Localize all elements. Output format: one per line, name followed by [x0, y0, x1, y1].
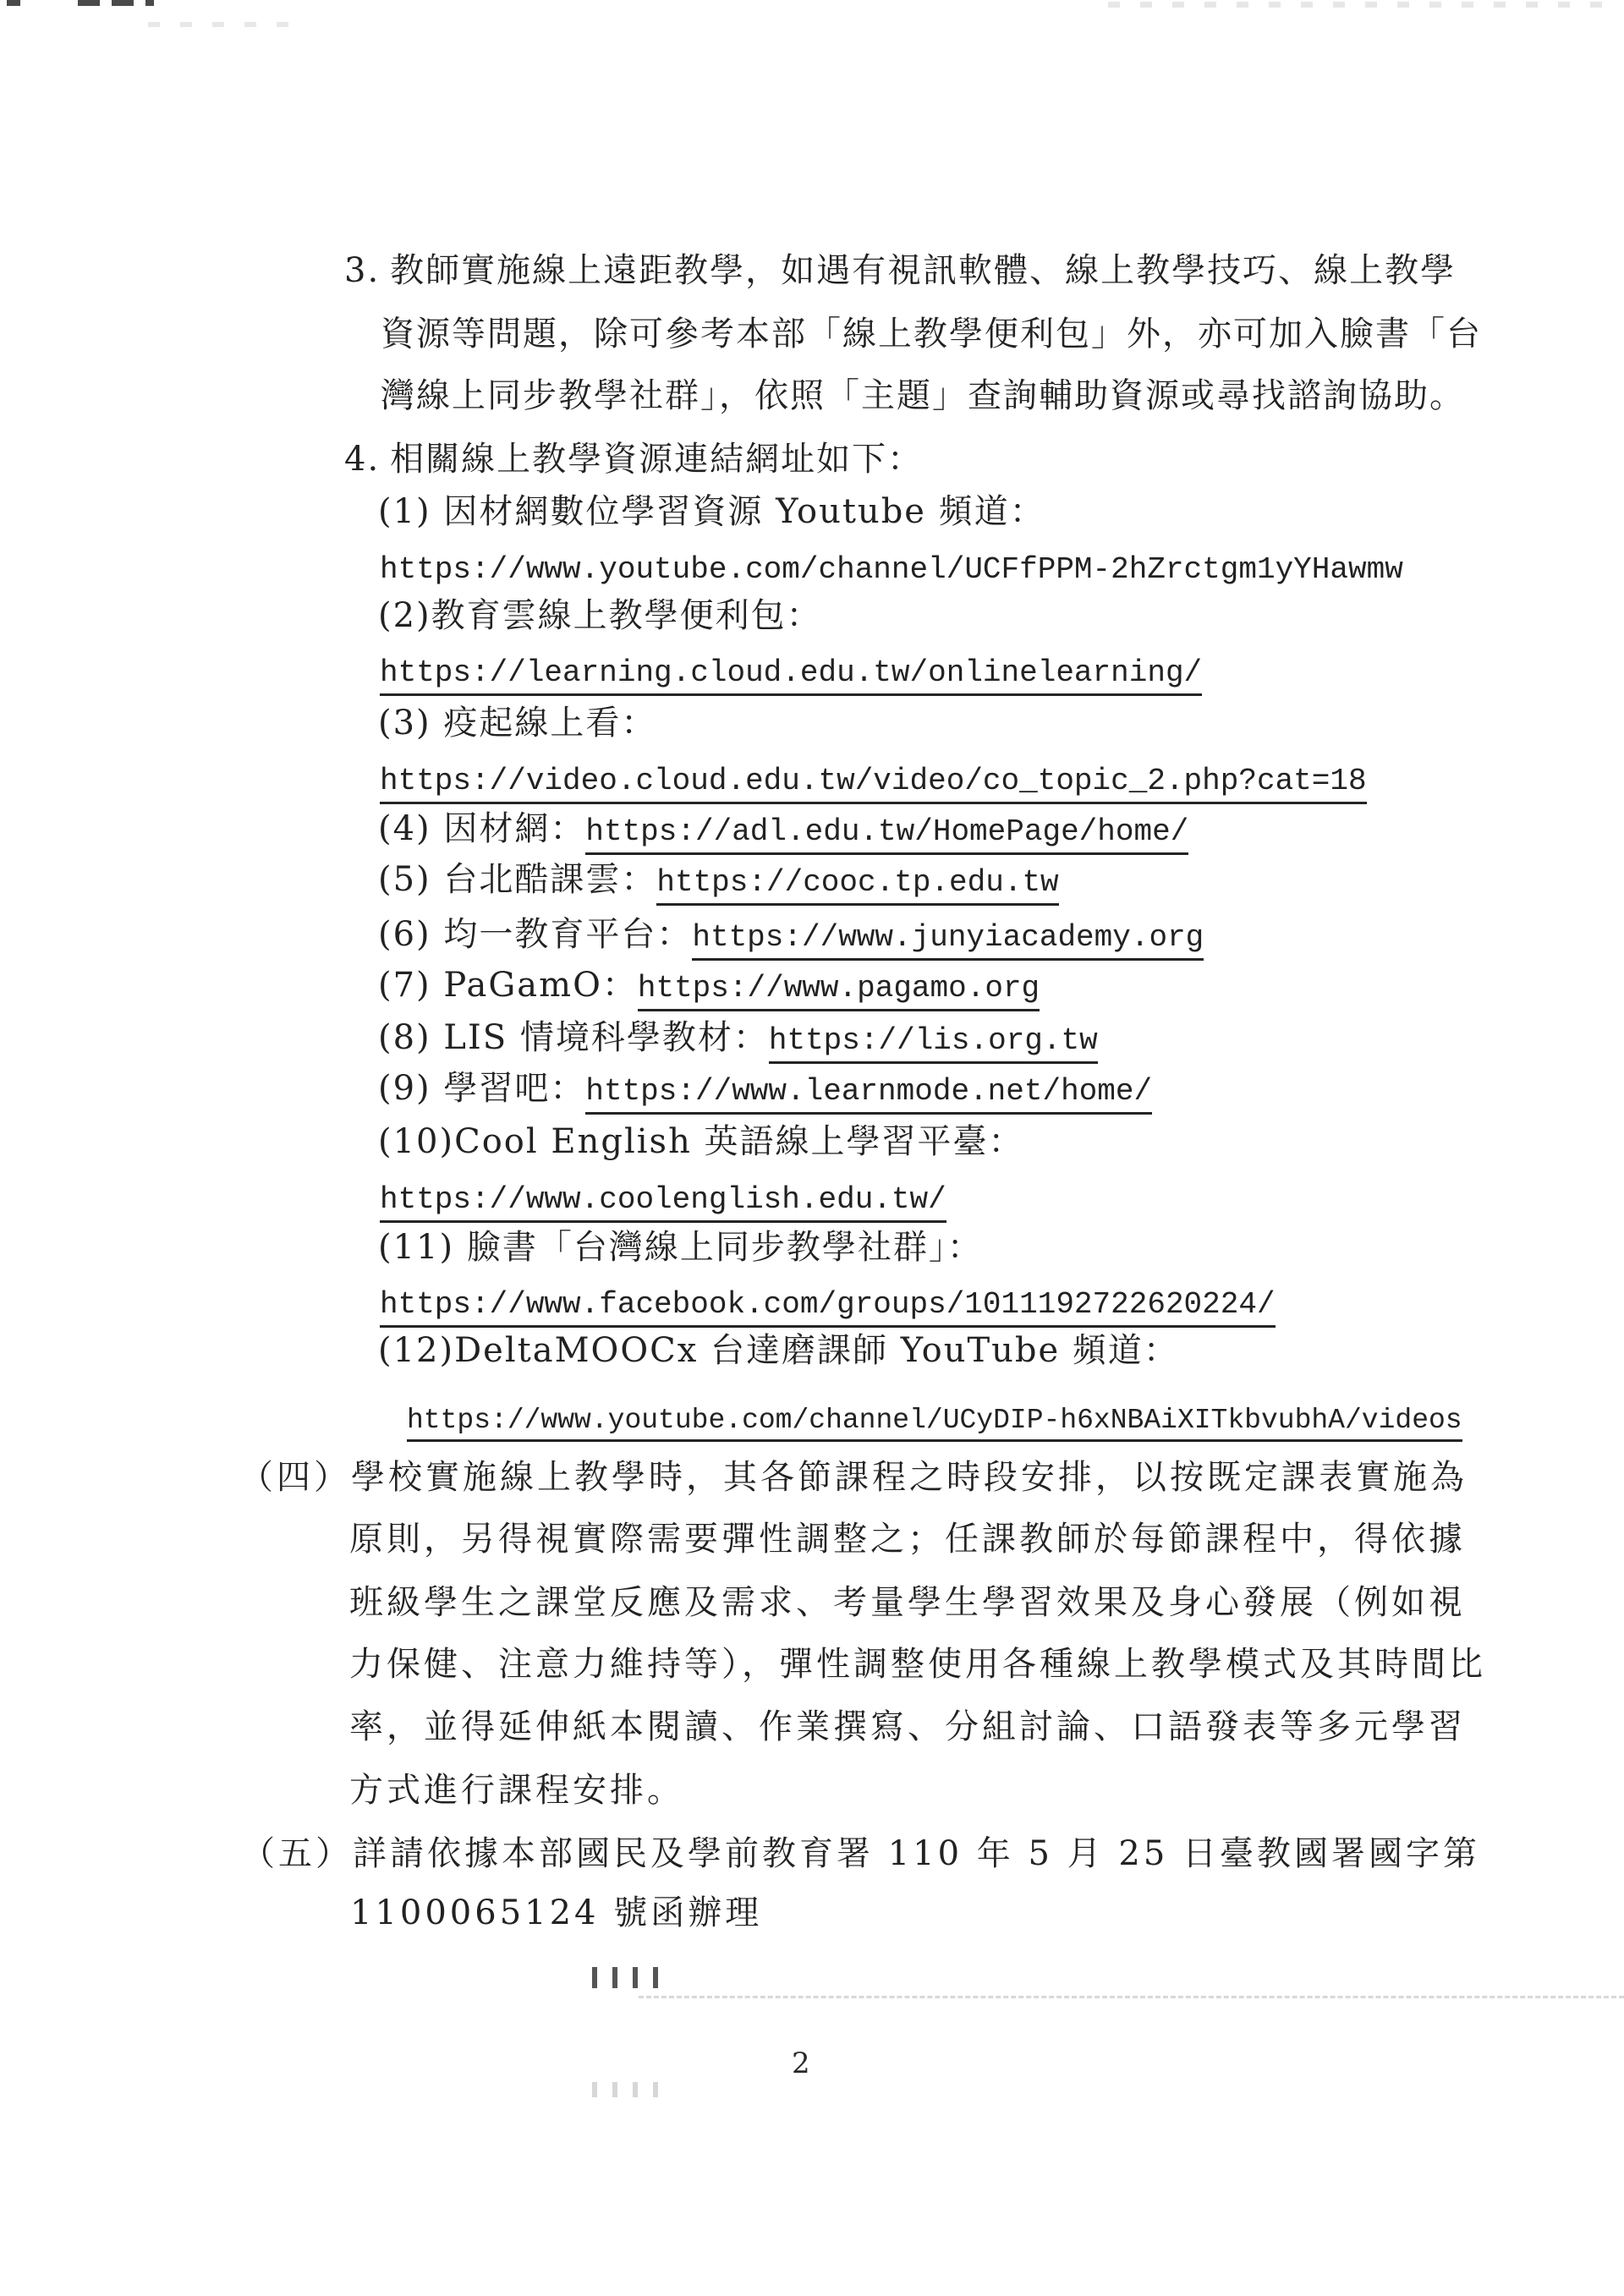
- paragraph-3-line-1: 3.教師實施線上遠距教學，如遇有視訊軟體、線上教學技巧、線上教學: [344, 248, 1456, 293]
- resource-item-3-label: (3) 疫起線上看：: [378, 700, 656, 746]
- resource-item-6: (6) 均一教育平台：https://www.junyiacademy.org: [378, 912, 1204, 961]
- section-3-marker: 3.: [344, 251, 380, 290]
- section-four-line-3: 班級學生之課堂反應及需求、考量學生學習效果及身心發展（例如視: [349, 1580, 1466, 1625]
- scan-artifact: [592, 1967, 597, 1988]
- scan-artifact: [633, 1967, 638, 1988]
- resource-item-7: (7) PaGamO：https://www.pagamo.org: [378, 962, 1040, 1011]
- url-text: https://www.youtube.com/channel/UCFfPPM-…: [380, 552, 1403, 587]
- scan-artifact: [612, 1967, 617, 1988]
- section-4-marker: 4.: [344, 440, 380, 479]
- scan-artifact: [633, 2082, 638, 2097]
- resource-item-10-url: https://www.coolenglish.edu.tw/: [380, 1176, 946, 1220]
- resource-item-5-label: (5) 台北酷課雲：: [378, 860, 656, 899]
- url-text: https://video.cloud.edu.tw/video/co_topi…: [380, 764, 1367, 804]
- resource-item-1-label: (1) 因材網數位學習資源 Youtube 頻道：: [378, 489, 1045, 534]
- url-text: https://www.youtube.com/channel/UCyDIP-h…: [407, 1405, 1462, 1442]
- resource-item-4-url: https://adl.edu.tw/HomePage/home/: [585, 814, 1188, 855]
- resource-item-1-url: https://www.youtube.com/channel/UCFfPPM-…: [380, 546, 1403, 590]
- section-four-marker: （四）: [239, 1458, 351, 1497]
- section-four-line-2: 原則，另得視實際需要彈性調整之；任課教師於每節課程中，得依據: [349, 1516, 1466, 1562]
- resource-item-10-label: (10)Cool English 英語線上學習平臺：: [378, 1119, 1024, 1164]
- scan-artifact: [639, 1996, 1624, 1998]
- paragraph-3-text-1: 教師實施線上遠距教學，如遇有視訊軟體、線上教學技巧、線上教學: [390, 251, 1456, 290]
- scan-artifact: [78, 0, 154, 6]
- section-four-line-1: （四）學校實施線上教學時，其各節課程之時段安排，以按既定課表實施為: [239, 1455, 1468, 1500]
- section-four-line-5: 率，並得延伸紙本閱讀、作業撰寫、分組討論、口語發表等多元學習: [349, 1704, 1466, 1750]
- resource-item-8-url: https://lis.org.tw: [769, 1023, 1098, 1064]
- scan-artifact: [1108, 2, 1616, 8]
- resource-item-2-label: (2)教育雲線上教學便利包：: [378, 593, 822, 638]
- url-text: https://www.facebook.com/groups/10111927…: [380, 1287, 1276, 1328]
- section-four-line-4: 力保健、注意力維持等），彈性調整使用各種線上教學模式及其時間比: [349, 1641, 1486, 1687]
- section-five-text-1: 詳請依據本部國民及學前教育署 110 年 5 月 25 日臺教國署國字第: [353, 1834, 1480, 1873]
- page-number: 2: [792, 2047, 810, 2080]
- resource-item-9: (9) 學習吧：https://www.learnmode.net/home/: [378, 1066, 1152, 1115]
- paragraph-4-heading: 4.相關線上教學資源連結網址如下：: [344, 436, 923, 482]
- paragraph-3-line-3: 灣線上同步教學社群」，依照「主題」查詢輔助資源或尋找諮詢協助。: [381, 373, 1465, 419]
- resource-item-7-url: https://www.pagamo.org: [638, 971, 1040, 1011]
- resource-item-8: (8) LIS 情境科學教材：https://lis.org.tw: [378, 1015, 1098, 1064]
- url-text: https://www.coolenglish.edu.tw/: [380, 1182, 946, 1223]
- section-five-line-2: 1100065124 號函辦理: [350, 1890, 762, 1936]
- resource-item-9-label: (9) 學習吧：: [378, 1069, 585, 1108]
- scan-artifact: [653, 2082, 658, 2097]
- resource-item-12-label: (12)DeltaMOOCx 台達磨課師 YouTube 頻道：: [378, 1328, 1179, 1373]
- url-text: https://learning.cloud.edu.tw/onlinelear…: [380, 655, 1202, 696]
- paragraph-4-title: 相關線上教學資源連結網址如下：: [390, 440, 923, 479]
- resource-item-11-label: (11) 臉書「台灣線上同步教學社群」：: [378, 1225, 983, 1270]
- resource-item-2-url: https://learning.cloud.edu.tw/onlinelear…: [380, 649, 1202, 693]
- scanned-document-page: 3.教師實施線上遠距教學，如遇有視訊軟體、線上教學技巧、線上教學 資源等問題，除…: [0, 0, 1624, 2296]
- section-five-line-1: （五）詳請依據本部國民及學前教育署 110 年 5 月 25 日臺教國署國字第: [241, 1831, 1480, 1877]
- section-four-text-1: 學校實施線上教學時，其各節課程之時段安排，以按既定課表實施為: [351, 1458, 1468, 1497]
- resource-item-3-url: https://video.cloud.edu.tw/video/co_topi…: [380, 758, 1367, 802]
- resource-item-6-url: https://www.junyiacademy.org: [692, 920, 1204, 961]
- paragraph-3-line-2: 資源等問題，除可參考本部「線上教學便利包」外，亦可加入臉書「台: [381, 311, 1482, 357]
- resource-item-9-url: https://www.learnmode.net/home/: [585, 1074, 1152, 1115]
- resource-item-12-url: https://www.youtube.com/channel/UCyDIP-h…: [407, 1396, 1462, 1441]
- scan-artifact: [612, 2082, 617, 2097]
- resource-item-5-url: https://cooc.tp.edu.tw: [656, 865, 1058, 906]
- resource-item-4-label: (4) 因材網：: [378, 809, 585, 848]
- resource-item-7-label: (7) PaGamO：: [378, 966, 638, 1005]
- section-five-marker: （五）: [241, 1834, 353, 1873]
- resource-item-11-url: https://www.facebook.com/groups/10111927…: [380, 1281, 1276, 1325]
- resource-item-8-label: (8) LIS 情境科學教材：: [378, 1018, 769, 1057]
- resource-item-4: (4) 因材網：https://adl.edu.tw/HomePage/home…: [378, 806, 1188, 855]
- scan-artifact: [7, 0, 20, 6]
- scan-artifact: [653, 1967, 658, 1988]
- scan-artifact: [148, 22, 296, 27]
- resource-item-5: (5) 台北酷課雲：https://cooc.tp.edu.tw: [378, 857, 1059, 906]
- resource-item-6-label: (6) 均一教育平台：: [378, 915, 692, 954]
- section-four-line-6: 方式進行課程安排。: [349, 1767, 684, 1813]
- scan-artifact: [592, 2082, 597, 2097]
